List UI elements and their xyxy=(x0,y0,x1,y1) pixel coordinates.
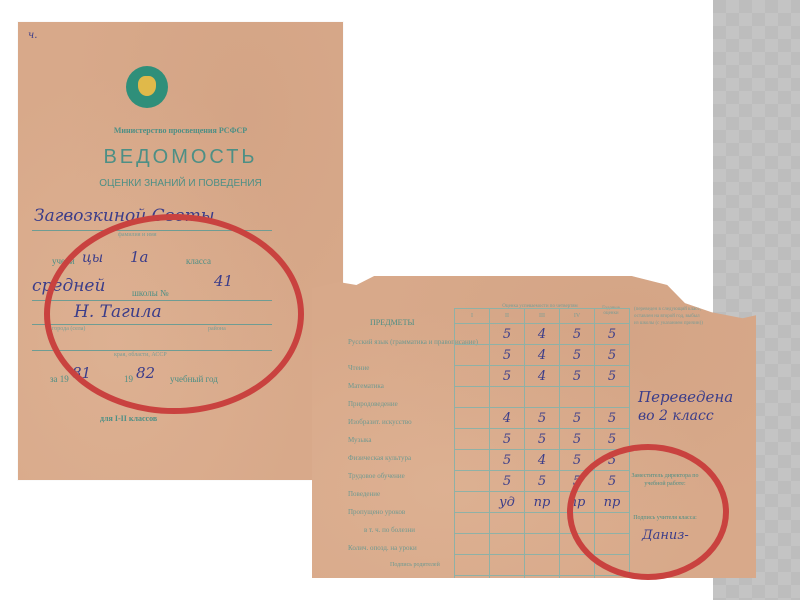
grade-cell xyxy=(525,387,560,408)
subject-label: Колич. опозд. на уроки xyxy=(348,544,417,552)
grade-cell: 5 xyxy=(560,408,595,429)
year-prefix-label: за 19 xyxy=(50,374,69,384)
subject-label: Математика xyxy=(348,382,384,390)
grade-cell: 5 xyxy=(525,408,560,429)
grade-cell: 5 xyxy=(490,471,525,492)
grade-cell xyxy=(455,429,490,450)
quarter-header: IV xyxy=(560,309,595,324)
document-title: ВЕДОМОСТЬ xyxy=(38,146,323,169)
rsfsr-emblem-icon xyxy=(126,66,168,108)
document-subtitle: ОЦЕНКИ ЗНАНИЙ И ПОВЕДЕНИЯ xyxy=(38,178,323,189)
grade-cell xyxy=(455,450,490,471)
subjects-header: ПРЕДМЕТЫ xyxy=(370,318,414,327)
grade-cell: 5 xyxy=(490,345,525,366)
highlight-circle-signatures xyxy=(567,444,729,580)
grade-cell xyxy=(455,345,490,366)
table-row: 5455 xyxy=(455,324,630,345)
grade-cell: 4 xyxy=(525,324,560,345)
subject-label: Природоведение xyxy=(348,400,398,408)
annual-header-cell xyxy=(595,309,630,324)
grade-cell xyxy=(455,387,490,408)
ministry-label: Министерство просвещения РСФСР xyxy=(58,126,303,135)
grade-cell: 4 xyxy=(490,408,525,429)
grade-cell: 5 xyxy=(560,366,595,387)
subject-label: Подпись родителей xyxy=(390,562,440,568)
transfer-header: (переведен в следующий класс, оставлен н… xyxy=(634,306,704,327)
grades-footer-label: для I-II классов xyxy=(100,414,157,423)
table-row xyxy=(455,387,630,408)
annual-grade-cell xyxy=(595,387,630,408)
grade-cell: 5 xyxy=(560,345,595,366)
grade-cell: 4 xyxy=(525,366,560,387)
grade-cell: пр xyxy=(525,492,560,513)
grade-cell xyxy=(560,387,595,408)
quarter-header: III xyxy=(525,309,560,324)
grade-cell: 5 xyxy=(490,450,525,471)
subject-label: Поведение xyxy=(348,490,380,498)
grade-cell: 5 xyxy=(560,324,595,345)
grade-cell xyxy=(455,324,490,345)
transfer-note-line1: Переведена xyxy=(638,388,733,406)
grade-cell: уд xyxy=(490,492,525,513)
grade-cell xyxy=(455,492,490,513)
subject-label: в т. ч. по болезни xyxy=(364,526,415,534)
grade-cell xyxy=(455,471,490,492)
grade-cell: 5 xyxy=(490,366,525,387)
subject-label: Трудовое обучение xyxy=(348,472,405,480)
grade-cell: 5 xyxy=(525,471,560,492)
grade-cell: 5 xyxy=(490,324,525,345)
transfer-note-line2: во 2 класс xyxy=(638,408,714,424)
table-row: 5455 xyxy=(455,345,630,366)
annual-grade-cell: 5 xyxy=(595,366,630,387)
table-row: 5455 xyxy=(455,366,630,387)
subject-label: Физическая культура xyxy=(348,454,411,462)
grade-cell xyxy=(455,366,490,387)
annual-grade-cell: 5 xyxy=(595,345,630,366)
annual-grade-cell: 5 xyxy=(595,324,630,345)
table-row: 5555 xyxy=(455,429,630,450)
highlight-circle-student-info xyxy=(44,214,304,414)
grade-cell: 4 xyxy=(525,345,560,366)
grade-cell: 4 xyxy=(525,450,560,471)
subject-label: Музыка xyxy=(348,436,371,444)
corner-mark: ч. xyxy=(28,30,37,41)
grade-cell: 5 xyxy=(490,429,525,450)
grade-cell: 5 xyxy=(525,429,560,450)
subject-label: Чтение xyxy=(348,364,369,372)
subject-label: Пропущено уроков xyxy=(348,508,405,516)
table-row: 4555 xyxy=(455,408,630,429)
grade-cell xyxy=(490,387,525,408)
quarter-header: I xyxy=(455,309,490,324)
grade-cell: 5 xyxy=(560,429,595,450)
quarter-header: II xyxy=(490,309,525,324)
grade-cell xyxy=(455,408,490,429)
annual-grade-cell: 5 xyxy=(595,408,630,429)
subject-label: Изобразит. искусство xyxy=(348,418,412,426)
table-row xyxy=(455,576,630,597)
